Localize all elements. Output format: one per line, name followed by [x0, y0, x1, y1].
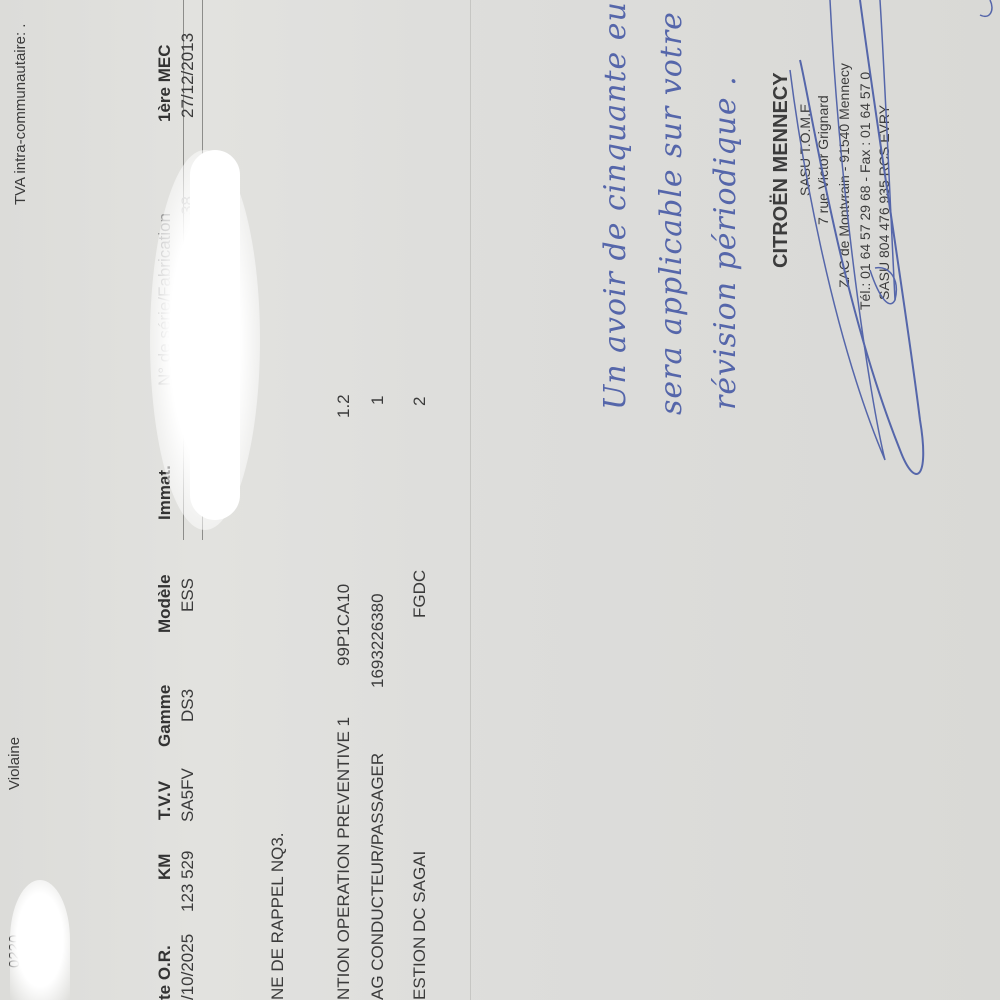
recall-campaign: NE DE RAPPEL NQ3. — [268, 832, 288, 1000]
operation-qty: 2 — [410, 397, 430, 406]
redaction-mark — [190, 150, 240, 520]
header-gamme: Gamme — [155, 685, 175, 747]
value-1ere-mec: 27/12/2013 — [178, 33, 198, 118]
redaction-mark — [10, 880, 70, 1000]
stamp-address1: 7 rue Victor Grignard — [815, 95, 831, 225]
operation-code: 99P1CA10 — [334, 584, 354, 666]
stamp-phone: Tél.: 01 64 57 29 68 - Fax : 01 64 57 0 — [857, 72, 873, 310]
scanned-document: TVA intra-communautaire: . Violaine 0220… — [0, 0, 1000, 1000]
operation-code: 1693226380 — [368, 593, 388, 688]
operation-qty: 1.2 — [334, 394, 354, 418]
handwritten-note-line: Un avoir de cinquante euros — [598, 0, 633, 410]
value-modele: ESS — [178, 578, 198, 612]
operation-label: ESTION DC SAGAI — [410, 851, 430, 1000]
value-gamme: DS3 — [178, 689, 198, 722]
header-tvv: T.V.V — [155, 781, 175, 820]
value-km: 123 529 — [178, 851, 198, 912]
value-tvv: SA5FV — [178, 768, 198, 822]
value-date-or: /10/2025 — [178, 934, 198, 1000]
header-1ere-mec: 1ère MEC — [155, 45, 175, 122]
stamp-company: SASU T.O.M.E — [797, 104, 813, 196]
operation-code: FGDC — [410, 570, 430, 618]
tva-label: TVA intra-communautaire: . — [12, 24, 29, 205]
operation-label: NTION OPERATION PREVENTIVE 1 — [334, 717, 354, 1000]
customer-name-partial: Violaine — [6, 737, 23, 790]
stamp-dealer-name: CITROËN MENNECY — [770, 72, 793, 268]
operation-qty: 1 — [368, 396, 388, 405]
fold-line — [470, 0, 471, 1000]
header-km: KM — [155, 854, 175, 880]
handwritten-note-line: sera applicable sur votre — [654, 11, 689, 415]
operation-label: AG CONDUCTEUR/PASSAGER — [368, 753, 388, 1000]
header-modele: Modèle — [155, 574, 175, 633]
stamp-registration: SASU 804 476 935 RCS EVRY — [876, 105, 892, 300]
header-date-or: te O.R. — [155, 945, 175, 1000]
handwritten-note-line: révision périodique . — [708, 75, 743, 410]
stamp-address2: ZAC de Montvrain - 91540 Mennecy — [836, 63, 852, 288]
